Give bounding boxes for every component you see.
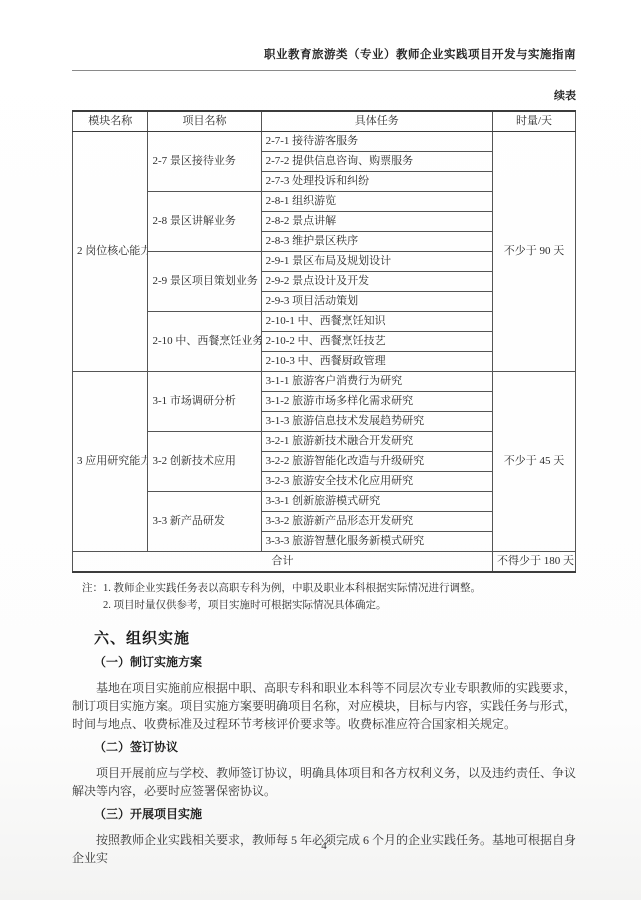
document-page: 职业教育旅游类（专业）教师企业实践项目开发与实施指南 续表 模块名称 项目名称 … [0,0,641,900]
task-cell: 2-9-3 项目活动策划 [261,292,492,312]
module-cell: 2 岗位核心能力 [73,132,148,372]
table-row: 2 岗位核心能力2-7 景区接待业务2-7-1 接待游客服务不少于 90 天 [73,132,576,152]
task-cell: 3-2-1 旅游新技术融合开发研究 [261,432,492,452]
project-cell: 2-7 景区接待业务 [148,132,261,192]
table-notes: 注： 1. 教师企业实践任务表以高职专科为例，中职及职业本科根据实际情况进行调整… [72,580,576,614]
subsection-1-paragraph: 基地在项目实施前应根据中职、高职专科和职业本科等不同层次专业专职教师的实践要求，… [72,679,576,733]
task-cell: 3-1-1 旅游客户消费行为研究 [261,372,492,392]
page-number: 4 [72,840,576,852]
duration-cell: 不少于 45 天 [492,372,575,552]
total-row: 合计 不得少于 180 天 [73,552,576,573]
task-cell: 2-9-2 景点设计及开发 [261,272,492,292]
project-cell: 3-2 创新技术应用 [148,432,261,492]
total-label-cell: 合计 [73,552,493,573]
task-cell: 2-8-2 景点讲解 [261,212,492,232]
project-cell: 3-3 新产品研发 [148,492,261,552]
task-cell: 3-2-2 旅游智能化改造与升级研究 [261,452,492,472]
task-cell: 2-9-1 景区布局及规划设计 [261,252,492,272]
header-cell-task: 具体任务 [261,111,492,132]
task-cell: 3-3-2 旅游新产品形态开发研究 [261,512,492,532]
task-cell: 2-7-3 处理投诉和纠纷 [261,172,492,192]
duration-cell: 不少于 90 天 [492,132,575,372]
table-row: 3 应用研究能力3-1 市场调研分析3-1-1 旅游客户消费行为研究不少于 45… [73,372,576,392]
subsection-3-title: （三）开展项目实施 [94,807,576,822]
task-cell: 2-7-2 提供信息咨询、购票服务 [261,152,492,172]
project-cell: 2-10 中、西餐烹饪业务 [148,312,261,372]
continued-table-label: 续表 [72,87,576,103]
project-cell: 2-8 景区讲解业务 [148,192,261,252]
total-value-cell: 不得少于 180 天 [492,552,575,573]
task-cell: 2-8-1 组织游览 [261,192,492,212]
task-cell: 2-10-1 中、西餐烹饪知识 [261,312,492,332]
note-item-1: 1. 教师企业实践任务表以高职专科为例，中职及职业本科根据实际情况进行调整。 [103,580,576,597]
task-cell: 3-3-3 旅游智慧化服务新模式研究 [261,532,492,552]
header-cell-project: 项目名称 [148,111,261,132]
section-heading: 六、组织实施 [94,630,576,648]
project-cell: 3-1 市场调研分析 [148,372,261,432]
task-cell: 3-1-2 旅游市场多样化需求研究 [261,392,492,412]
subsection-2-paragraph: 项目开展前应与学校、教师签订协议，明确具体项目和各方权利义务，以及违约责任、争议… [72,764,576,800]
note-prefix: 注： [82,580,103,614]
task-cell: 2-7-1 接待游客服务 [261,132,492,152]
task-cell: 3-3-1 创新旅游模式研究 [261,492,492,512]
subsection-1-title: （一）制订实施方案 [94,655,576,670]
header-cell-duration: 时量/天 [492,111,575,132]
task-cell: 3-1-3 旅游信息技术发展趋势研究 [261,412,492,432]
practice-table-body: 2 岗位核心能力2-7 景区接待业务2-7-1 接待游客服务不少于 90 天2-… [73,132,576,552]
table-header-row: 模块名称 项目名称 具体任务 时量/天 [73,111,576,132]
task-cell: 2-10-3 中、西餐厨政管理 [261,352,492,372]
project-cell: 2-9 景区项目策划业务 [148,252,261,312]
header-cell-module: 模块名称 [73,111,148,132]
running-header-title: 职业教育旅游类（专业）教师企业实践项目开发与实施指南 [72,46,576,71]
practice-task-table: 模块名称 项目名称 具体任务 时量/天 2 岗位核心能力2-7 景区接待业务2-… [72,110,576,573]
task-cell: 2-10-2 中、西餐烹饪技艺 [261,332,492,352]
module-cell: 3 应用研究能力 [73,372,148,552]
subsection-2-title: （二）签订协议 [94,740,576,755]
note-item-2: 2. 项目时量仅供参考，项目实施时可根据实际情况具体确定。 [103,597,576,614]
task-cell: 2-8-3 维护景区秩序 [261,232,492,252]
task-cell: 3-2-3 旅游安全技术化应用研究 [261,472,492,492]
